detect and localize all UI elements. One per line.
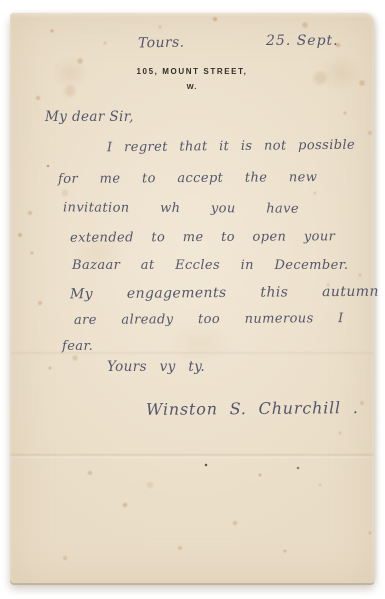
letter-body-line: are already too numerous I: [74, 311, 344, 328]
letter-body-line: My engagements this autumn: [70, 284, 379, 303]
letter-body-line: extended to me to open your: [70, 229, 335, 245]
letter-body-line: invitation wh you have: [63, 200, 299, 216]
letter-body-line: fear.: [62, 339, 93, 354]
dateline-place: Tours.: [138, 35, 185, 52]
letter-body-line: Bazaar at Eccles in December.: [72, 258, 348, 273]
dateline-date: 25. Sept.: [266, 33, 339, 49]
valediction: Yours vy ty.: [107, 359, 205, 375]
letterhead-district: W.: [10, 82, 374, 91]
letter-body-line: I regret that it is not possible: [107, 138, 355, 156]
letter-page: Tours. 25. Sept. 105, MOUNT STREET, W. M…: [10, 13, 374, 583]
signature: Winston S. Churchill .: [146, 398, 359, 419]
letterhead-address: 105, MOUNT STREET,: [10, 67, 374, 76]
salutation: My dear Sir,: [45, 109, 134, 125]
letter-body-line: for me to accept the new: [58, 170, 317, 187]
